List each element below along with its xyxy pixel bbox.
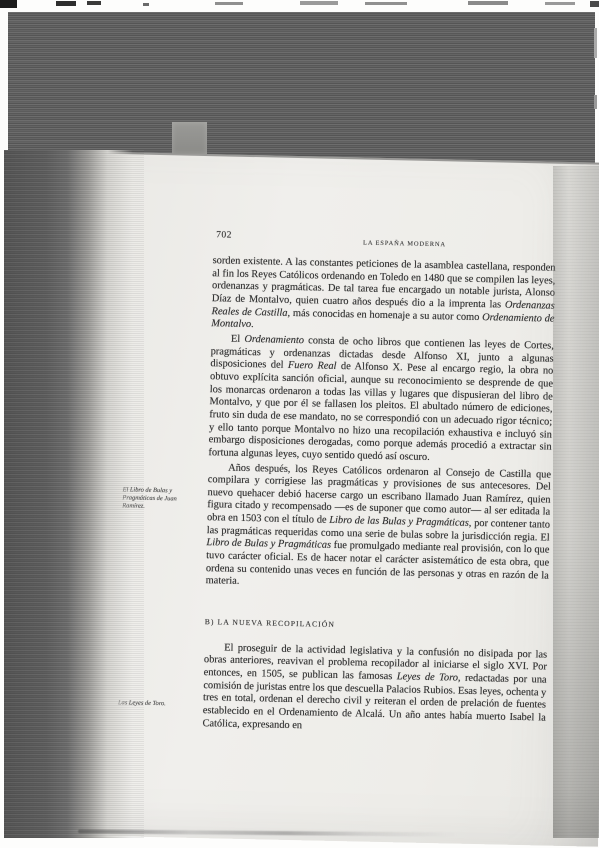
scan-artifact-dash [365,2,407,5]
paragraph: El proseguir de la actividad legislativa… [202,642,547,738]
scanner-background [8,12,595,172]
page-number: 702 [216,230,232,240]
scan-artifact-dash [590,1,599,7]
bookmark-tab [172,122,207,154]
section-heading: B) LA NUEVA RECOPILACIÓN [205,616,548,636]
scan-artifact-dash [215,2,243,5]
book-gutter-shadow [4,150,144,838]
scan-artifact-dash [594,95,597,109]
scan-artifact-dash [545,2,575,5]
paragraph: Años después, los Reyes Católicos ordena… [205,462,551,596]
scan-artifact-dash [87,1,101,5]
running-header: LA ESPAÑA MODERNA [363,239,446,248]
scan-artifact-dash [56,1,76,6]
scan-artifact-dash [468,1,508,5]
scan-artifact-dash [300,1,338,5]
scanned-document: 702 LA ESPAÑA MODERNA El Libro de Bulas … [0,0,599,848]
scan-artifact-dash [143,3,149,6]
page-edge-shadow [553,166,599,838]
paragraph: El Ordenamiento consta de ocho libros qu… [208,333,554,467]
paragraph: sorden existente. A las constantes petic… [211,255,556,338]
scan-artifact-dash [0,0,17,8]
text-column: sorden existente. A las constantes petic… [202,255,555,738]
scan-artifact-dash [594,28,597,58]
